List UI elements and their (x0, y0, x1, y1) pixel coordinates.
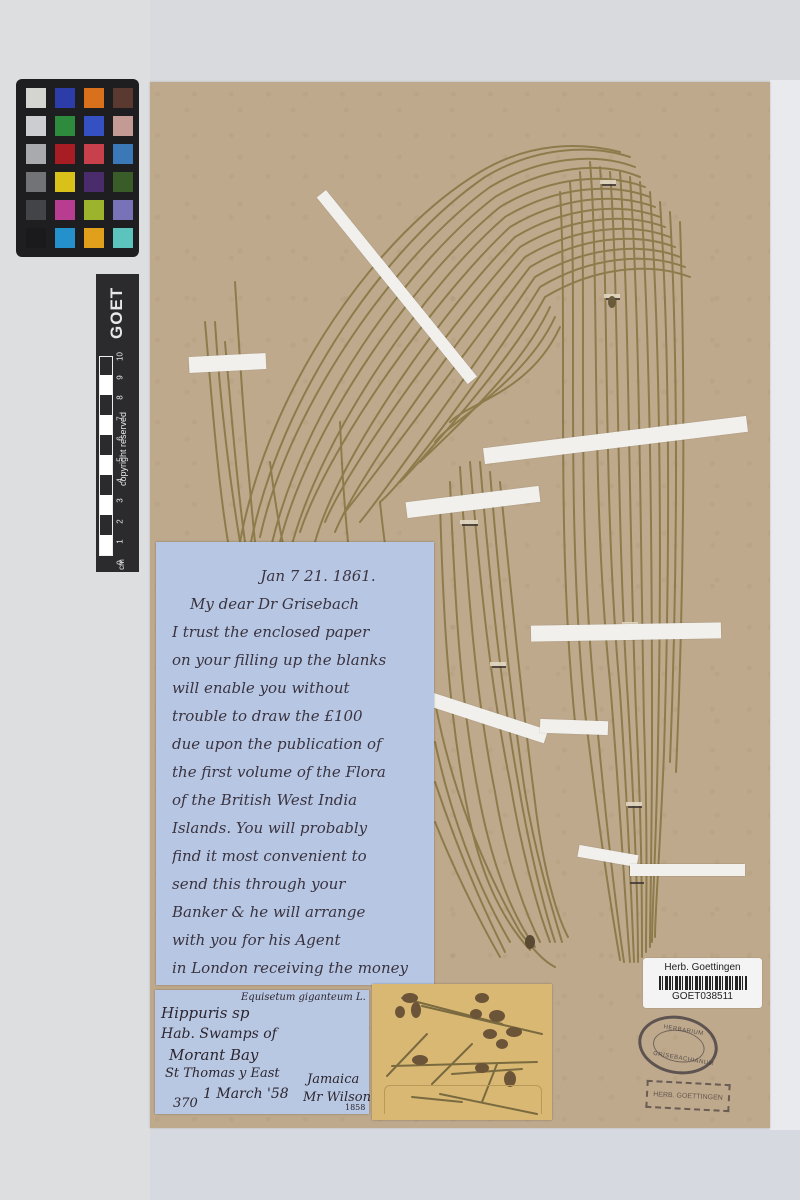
color-swatch (26, 88, 46, 108)
letter-line: Banker & he will arrange (172, 898, 424, 926)
letter-line: Islands. You will probably (172, 814, 424, 842)
letter-line: of the British West India (172, 786, 424, 814)
color-swatch (55, 228, 75, 248)
ruler-number: 1 (116, 536, 125, 548)
color-swatch (84, 172, 104, 192)
label-region: Jamaica (307, 1072, 359, 1087)
label-year: 1858 (345, 1103, 365, 1112)
color-swatch (113, 116, 133, 136)
letter-line: on your filling up the blanks (172, 646, 424, 674)
label-habitat-3: St Thomas y East (165, 1066, 280, 1081)
background-bottom (150, 1130, 800, 1200)
letter-line: the first volume of the Flora (172, 758, 424, 786)
letter-salutation: My dear Dr Grisebach (172, 590, 424, 618)
letter-date: Jan 7 21. 1861. (172, 562, 424, 590)
ruler-unit: cm (117, 559, 126, 570)
letter-line: will enable you without (172, 674, 424, 702)
color-swatch (84, 116, 104, 136)
label-habitat-1: Hab. Swamps of (161, 1026, 277, 1042)
color-swatch (26, 116, 46, 136)
tape-strip (540, 719, 608, 735)
color-swatch (113, 200, 133, 220)
color-swatch (113, 228, 133, 248)
label-name: Hippuris sp (161, 1004, 249, 1022)
letter-body: I trust the enclosed paperon your fillin… (172, 618, 424, 1038)
letter-line: trouble to draw the £100 (172, 702, 424, 730)
label-number: 370 (173, 1096, 198, 1111)
ruler-number: 10 (116, 351, 125, 363)
barcode-number: GOET038511 (643, 991, 762, 1002)
background-right (770, 80, 800, 1140)
letter-line: I trust the enclosed paper (172, 618, 424, 646)
color-swatch (55, 172, 75, 192)
color-swatch (55, 200, 75, 220)
letter-line: find it most convenient to (172, 842, 424, 870)
institution-name: Herb. Goettingen (643, 962, 762, 973)
color-swatch (84, 228, 104, 248)
color-swatch (26, 228, 46, 248)
copyright-text: copyright reserved (118, 364, 132, 534)
color-swatch (55, 88, 75, 108)
handwritten-letter: Jan 7 21. 1861. My dear Dr Grisebach I t… (156, 542, 434, 985)
barcode-icon (659, 976, 747, 990)
label-date: 1 March '58 (203, 1086, 289, 1102)
letter-line: with you for his Agent (172, 926, 424, 954)
color-swatch (55, 144, 75, 164)
letter-line: send this through your (172, 870, 424, 898)
color-swatch (84, 144, 104, 164)
goet-logo: GOET (99, 278, 135, 348)
color-swatch (113, 144, 133, 164)
barcode-label: Herb. Goettingen GOET038511 (643, 958, 762, 1008)
letter-line: due upon the publication of (172, 730, 424, 758)
label-habitat-2: Morant Bay (169, 1046, 258, 1064)
tape-strip (531, 622, 721, 641)
specimen-label: Equisetum giganteum L. Hippuris sp Hab. … (155, 990, 369, 1114)
color-calibration-card (16, 79, 139, 257)
color-swatch (26, 144, 46, 164)
color-swatch (26, 172, 46, 192)
scale-ruler: GOET 012345678910 copyright reserved cm (96, 274, 139, 572)
color-swatch (84, 200, 104, 220)
color-swatch (113, 172, 133, 192)
tape-strip (630, 864, 745, 876)
envelope-flap (384, 1085, 542, 1114)
color-swatch (26, 200, 46, 220)
color-swatch (113, 88, 133, 108)
label-determination: Equisetum giganteum L. (241, 992, 366, 1003)
letter-line: in London receiving the money (172, 954, 424, 982)
herbarium-stamp-rect: HERB. GOETTINGEN (645, 1080, 730, 1112)
color-swatch (55, 116, 75, 136)
fragment-envelope (372, 984, 552, 1120)
ruler-scale-bar (99, 356, 113, 556)
color-swatch (84, 88, 104, 108)
